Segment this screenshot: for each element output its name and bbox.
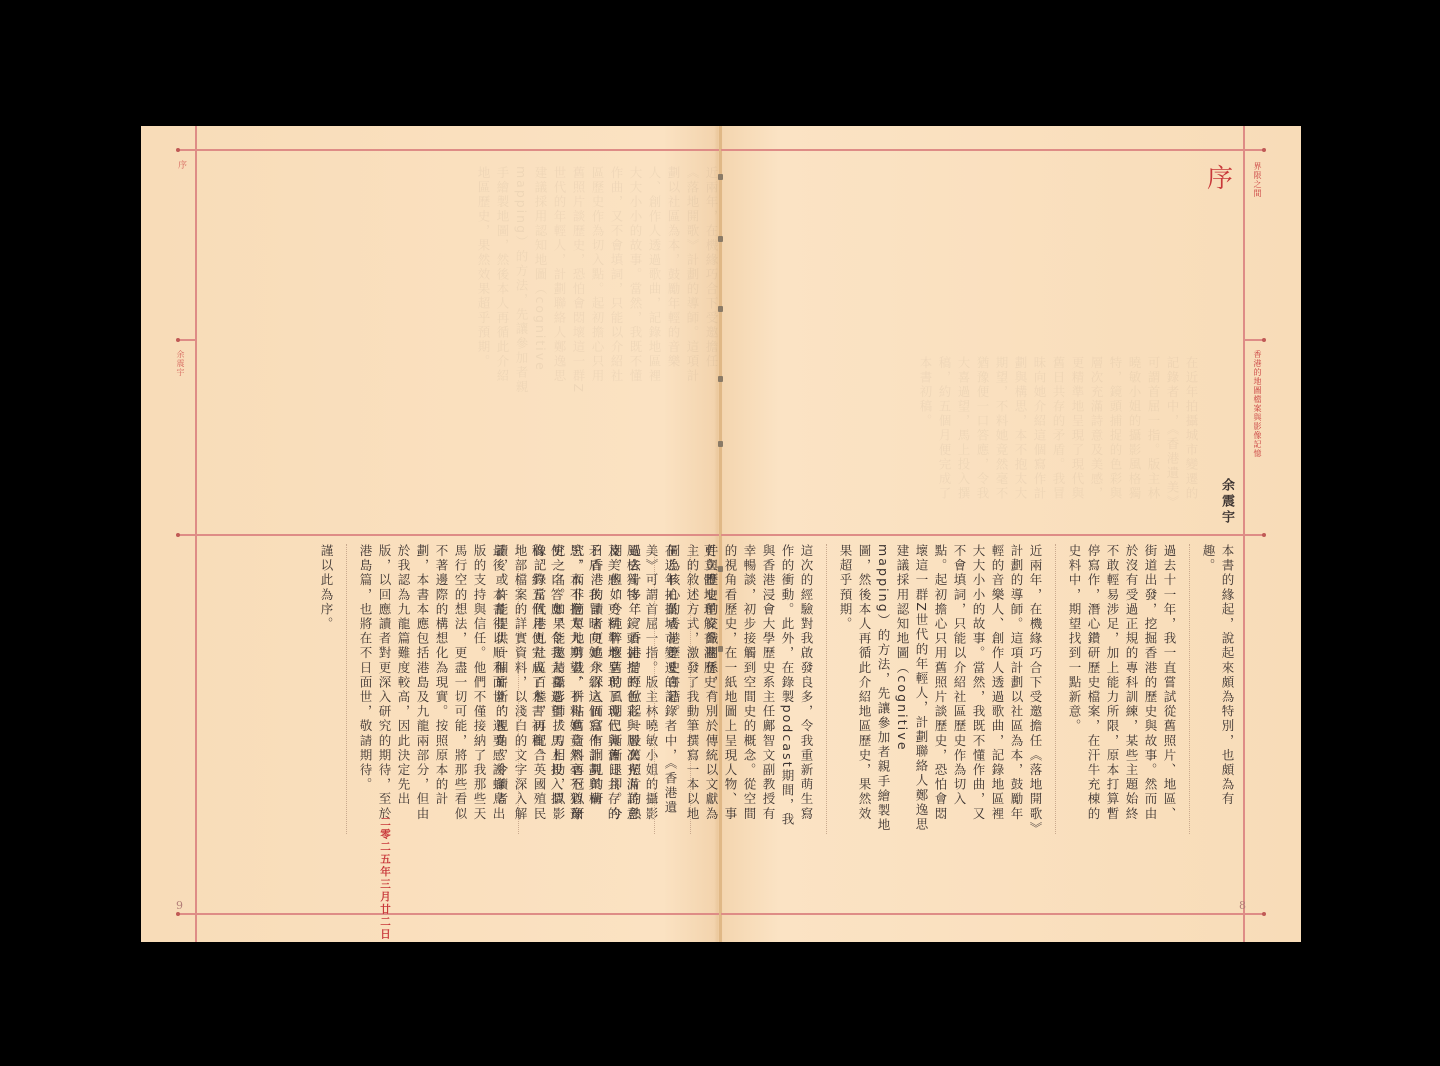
rule-end-marker bbox=[1262, 533, 1266, 537]
rule-end-marker bbox=[1262, 912, 1266, 916]
page-number: 8 bbox=[1239, 899, 1246, 912]
page-number: 9 bbox=[176, 899, 183, 912]
paragraph: 謹以此為序。 bbox=[308, 544, 336, 834]
top-rule bbox=[178, 149, 721, 151]
middle-rule bbox=[178, 534, 721, 536]
running-head: 序 bbox=[175, 160, 188, 170]
show-through-text: 近兩年，在機緣巧合下受邀擔任《落地開歌》計劃的導師。這項計劃以社區為本，鼓勵年輕… bbox=[201, 166, 721, 396]
paragraph: 近兩年，在機緣巧合下受邀擔任《落地開歌》計劃的導師。這項計劃以社區為本，鼓勵年輕… bbox=[826, 544, 1045, 834]
running-author: 余震宇 bbox=[175, 350, 186, 377]
rule-end-marker bbox=[176, 338, 180, 342]
side-rule bbox=[178, 339, 195, 341]
paragraph: 過去十多年，香港曾經掀起一股舊照片的熱潮，但如今純粹懷舊的風潮已漸漸退卻。今日香… bbox=[483, 544, 644, 834]
body-text-column: 本書的緣起，說起來頗為特別，也頗為有趣。 過去十一年，我一直嘗試從舊照片、地區、… bbox=[473, 544, 1237, 834]
rule-end-marker bbox=[1262, 338, 1266, 342]
rule-end-marker bbox=[176, 912, 180, 916]
paragraph: 本書的緣起，說起來頗為特別，也頗為有趣。 bbox=[1189, 544, 1237, 834]
bottom-rule bbox=[721, 913, 1264, 915]
middle-rule bbox=[721, 534, 1264, 536]
running-subtitle: 香港的地圖檔案與影像記憶 bbox=[1252, 350, 1263, 458]
rule-end-marker bbox=[176, 148, 180, 152]
top-rule bbox=[721, 149, 1264, 151]
author-name: 余震宇 bbox=[1217, 478, 1236, 526]
right-page: 序 界限之間 香港的地圖檔案與影像記憶 余震宇 8 在近年拍攝城市變遷的記錄者中… bbox=[721, 126, 1301, 942]
chapter-title: 序 bbox=[1207, 158, 1233, 195]
book-spread: 序 余震宇 9 近兩年，在機緣巧合下受邀擔任《落地開歌》計劃的導師。這項計劃以社… bbox=[141, 126, 1301, 942]
signature-date: 二零二五年三月廿二日 bbox=[378, 816, 393, 941]
paragraph: 過去十一年，我一直嘗試從舊照片、地區、街道出發，挖掘香港的歷史與故事。然而由於沒… bbox=[1055, 544, 1179, 834]
bottom-rule bbox=[178, 913, 721, 915]
rule-end-marker bbox=[1262, 148, 1266, 152]
paragraph: 這次的經驗對我啟發良多，令我重新萌生寫作的衝動。此外，在錄製podcast期間，… bbox=[654, 544, 816, 834]
running-head: 界限之間 bbox=[1252, 162, 1263, 198]
side-rule bbox=[1243, 339, 1264, 341]
rule-end-marker bbox=[176, 533, 180, 537]
show-through-text: 在近年拍攝城市變遷的記錄者中，《香港遺美》可謂首屈一指。版主林曉敏小姐的攝影風格… bbox=[821, 356, 1201, 506]
